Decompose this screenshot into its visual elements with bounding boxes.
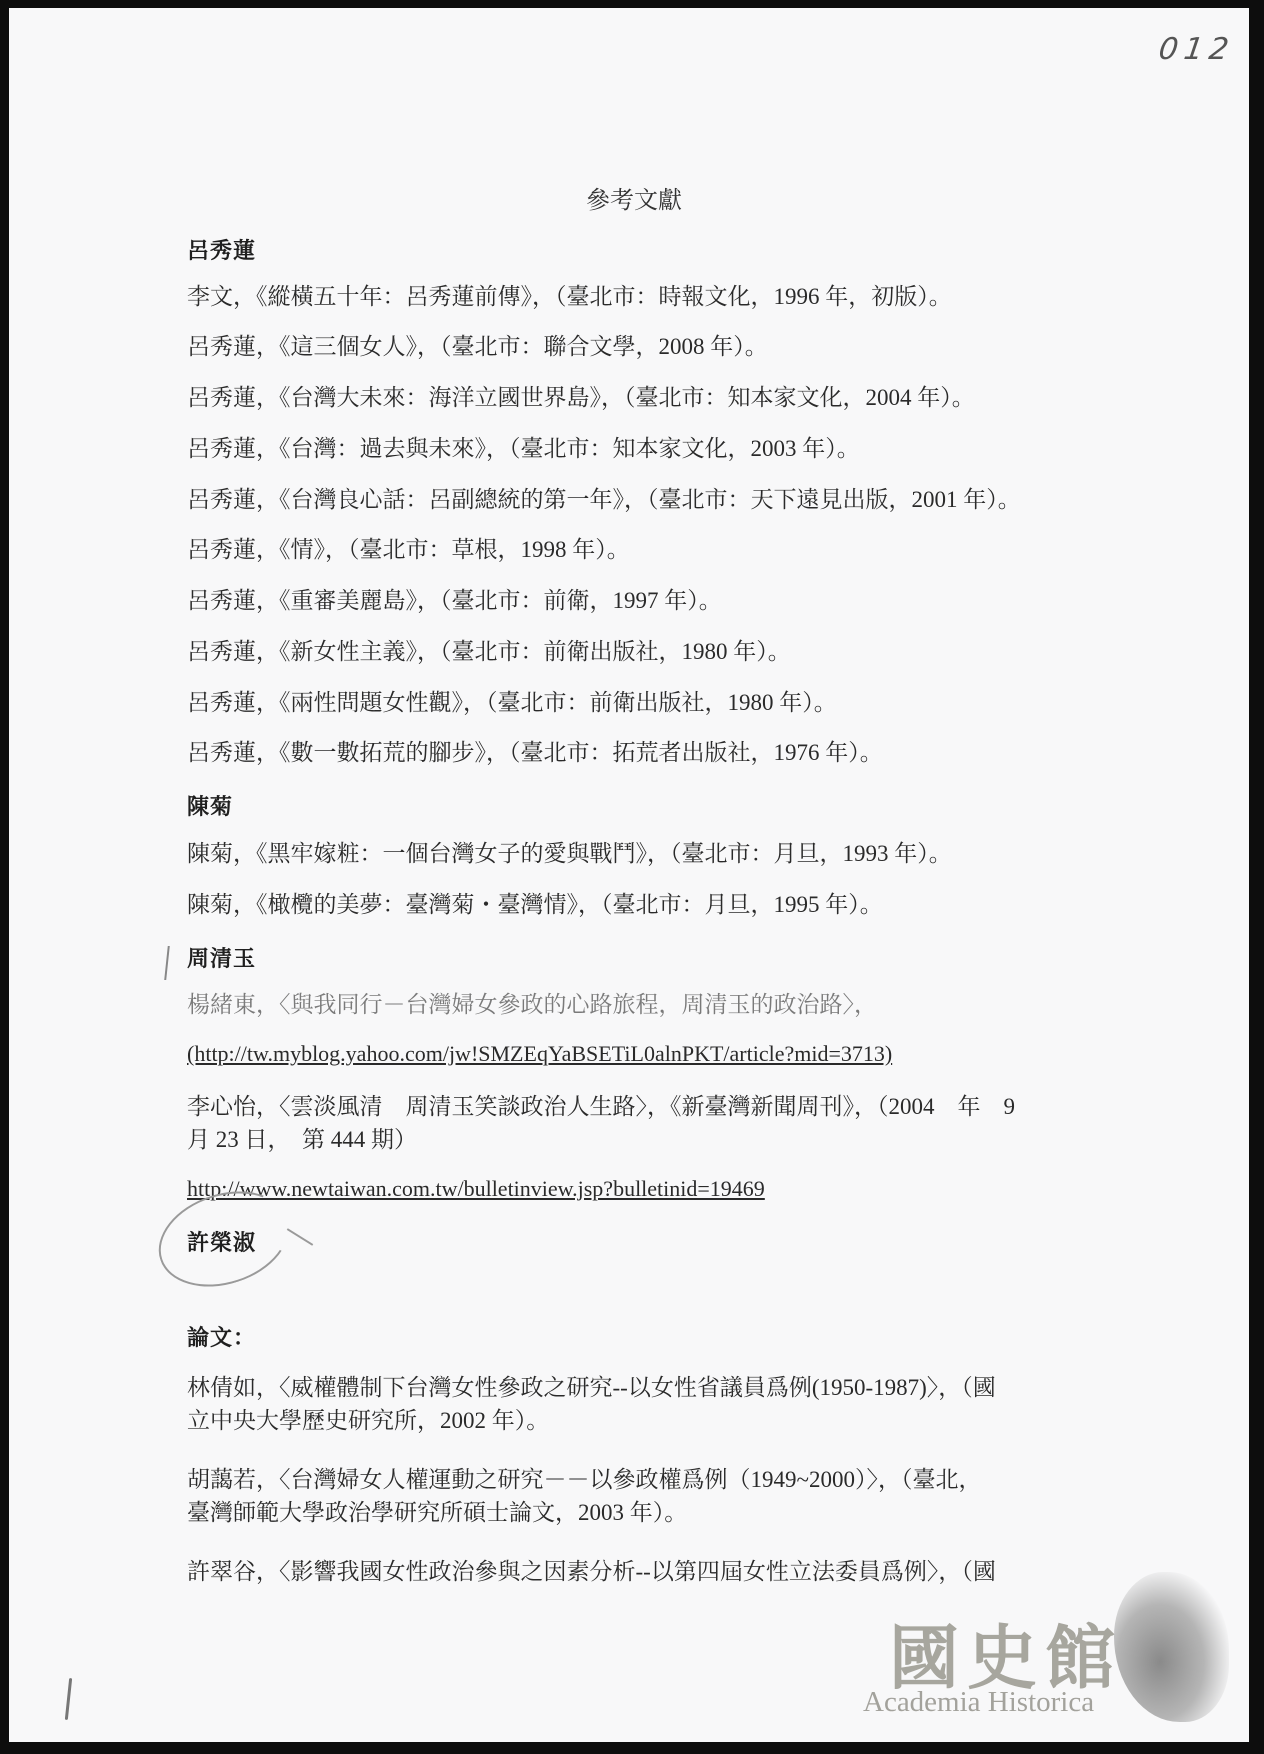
reference-entry: 呂秀蓮，《數一數拓荒的腳步》，（臺北市：拓荒者出版社，1976 年）。 bbox=[187, 736, 883, 769]
reference-entry: 楊緒東，〈與我同行－台灣婦女參政的心路旅程，周清玉的政治路〉， bbox=[187, 988, 877, 1021]
reference-entry: 呂秀蓮，《台灣：過去與未來》，（臺北市：知本家文化，2003 年）。 bbox=[187, 432, 860, 465]
handwritten-stroke bbox=[287, 1228, 314, 1246]
section-heading-hsu-jung-shu: 許榮淑 bbox=[187, 1226, 256, 1257]
section-heading-lu-hsiu-lien: 呂秀蓮 bbox=[187, 234, 256, 265]
reference-entry: 陳菊，《黑牢嫁粧：一個台灣女子的愛與戰鬥》，（臺北市：月旦，1993 年）。 bbox=[187, 837, 952, 870]
reference-entry: 陳菊，《橄欖的美夢：臺灣菊・臺灣情》，（臺北市：月旦，1995 年）。 bbox=[187, 888, 883, 921]
reference-entry: 呂秀蓮，《情》，（臺北市：草根，1998 年）。 bbox=[187, 533, 630, 566]
reference-entry: 呂秀蓮，《台灣大未來：海洋立國世界島》，（臺北市：知本家文化，2004 年）。 bbox=[187, 381, 975, 414]
reference-entry: 呂秀蓮，《新女性主義》，（臺北市：前衛出版社，1980 年）。 bbox=[187, 635, 791, 668]
reference-entry-continued: 臺灣師範大學政治學研究所碩士論文，2003 年）。 bbox=[187, 1496, 687, 1529]
reference-entry: 林倩如，〈威權體制下台灣女性參政之研究--以女性省議員爲例(1950-1987)… bbox=[187, 1371, 996, 1404]
reference-url-link[interactable]: (http://tw.myblog.yahoo.com/jw!SMZEqYaBS… bbox=[187, 1041, 892, 1067]
watermark-english-text: Academia Historica bbox=[863, 1686, 1094, 1719]
reference-entry: 李心怡，〈雲淡風清 周清玉笑談政治人生路〉，《新臺灣新聞周刊》，（2004 年 … bbox=[187, 1090, 1015, 1123]
reference-url-link[interactable]: http://www.newtaiwan.com.tw/bulletinview… bbox=[187, 1176, 765, 1202]
reference-entry: 胡藹若，〈台灣婦女人權運動之研究－－以參政權爲例（1949~2000）〉，（臺北… bbox=[187, 1463, 981, 1496]
reference-entry: 呂秀蓮，《重審美麗島》，（臺北市：前衛，1997 年）。 bbox=[187, 584, 722, 617]
section-heading-chen-chu: 陳菊 bbox=[187, 790, 233, 821]
reference-entry: 李文，《縱橫五十年：呂秀蓮前傳》，（臺北市：時報文化，1996 年，初版）。 bbox=[187, 280, 952, 313]
document-title: 參考文獻 bbox=[9, 180, 1259, 215]
section-heading-chou-ching-yu: 周清玉 bbox=[187, 942, 256, 973]
reference-entry-continued: 立中央大學歷史研究所，2002 年）。 bbox=[187, 1404, 549, 1437]
reference-entry: 呂秀蓮，《兩性問題女性觀》，（臺北市：前衛出版社，1980 年）。 bbox=[187, 686, 837, 719]
brush-logo-icon bbox=[1114, 1572, 1229, 1722]
academia-historica-watermark: 國史館 Academia Historica bbox=[849, 1582, 1249, 1732]
reference-entry: 呂秀蓮，《這三個女人》，（臺北市：聯合文學，2008 年）。 bbox=[187, 330, 768, 363]
handwritten-check-mark bbox=[164, 946, 182, 980]
handwritten-margin-mark bbox=[65, 1678, 72, 1720]
reference-entry-continued: 月 23 日， 第 444 期） bbox=[187, 1123, 417, 1156]
section-heading-theses: 論文： bbox=[187, 1321, 256, 1352]
document-page: 012 參考文獻 呂秀蓮 李文，《縱橫五十年：呂秀蓮前傳》，（臺北市：時報文化，… bbox=[9, 8, 1249, 1742]
handwritten-page-number: 012 bbox=[1157, 32, 1237, 67]
reference-entry: 呂秀蓮，《台灣良心話：呂副總統的第一年》，（臺北市：天下遠見出版，2001 年）… bbox=[187, 483, 1021, 516]
